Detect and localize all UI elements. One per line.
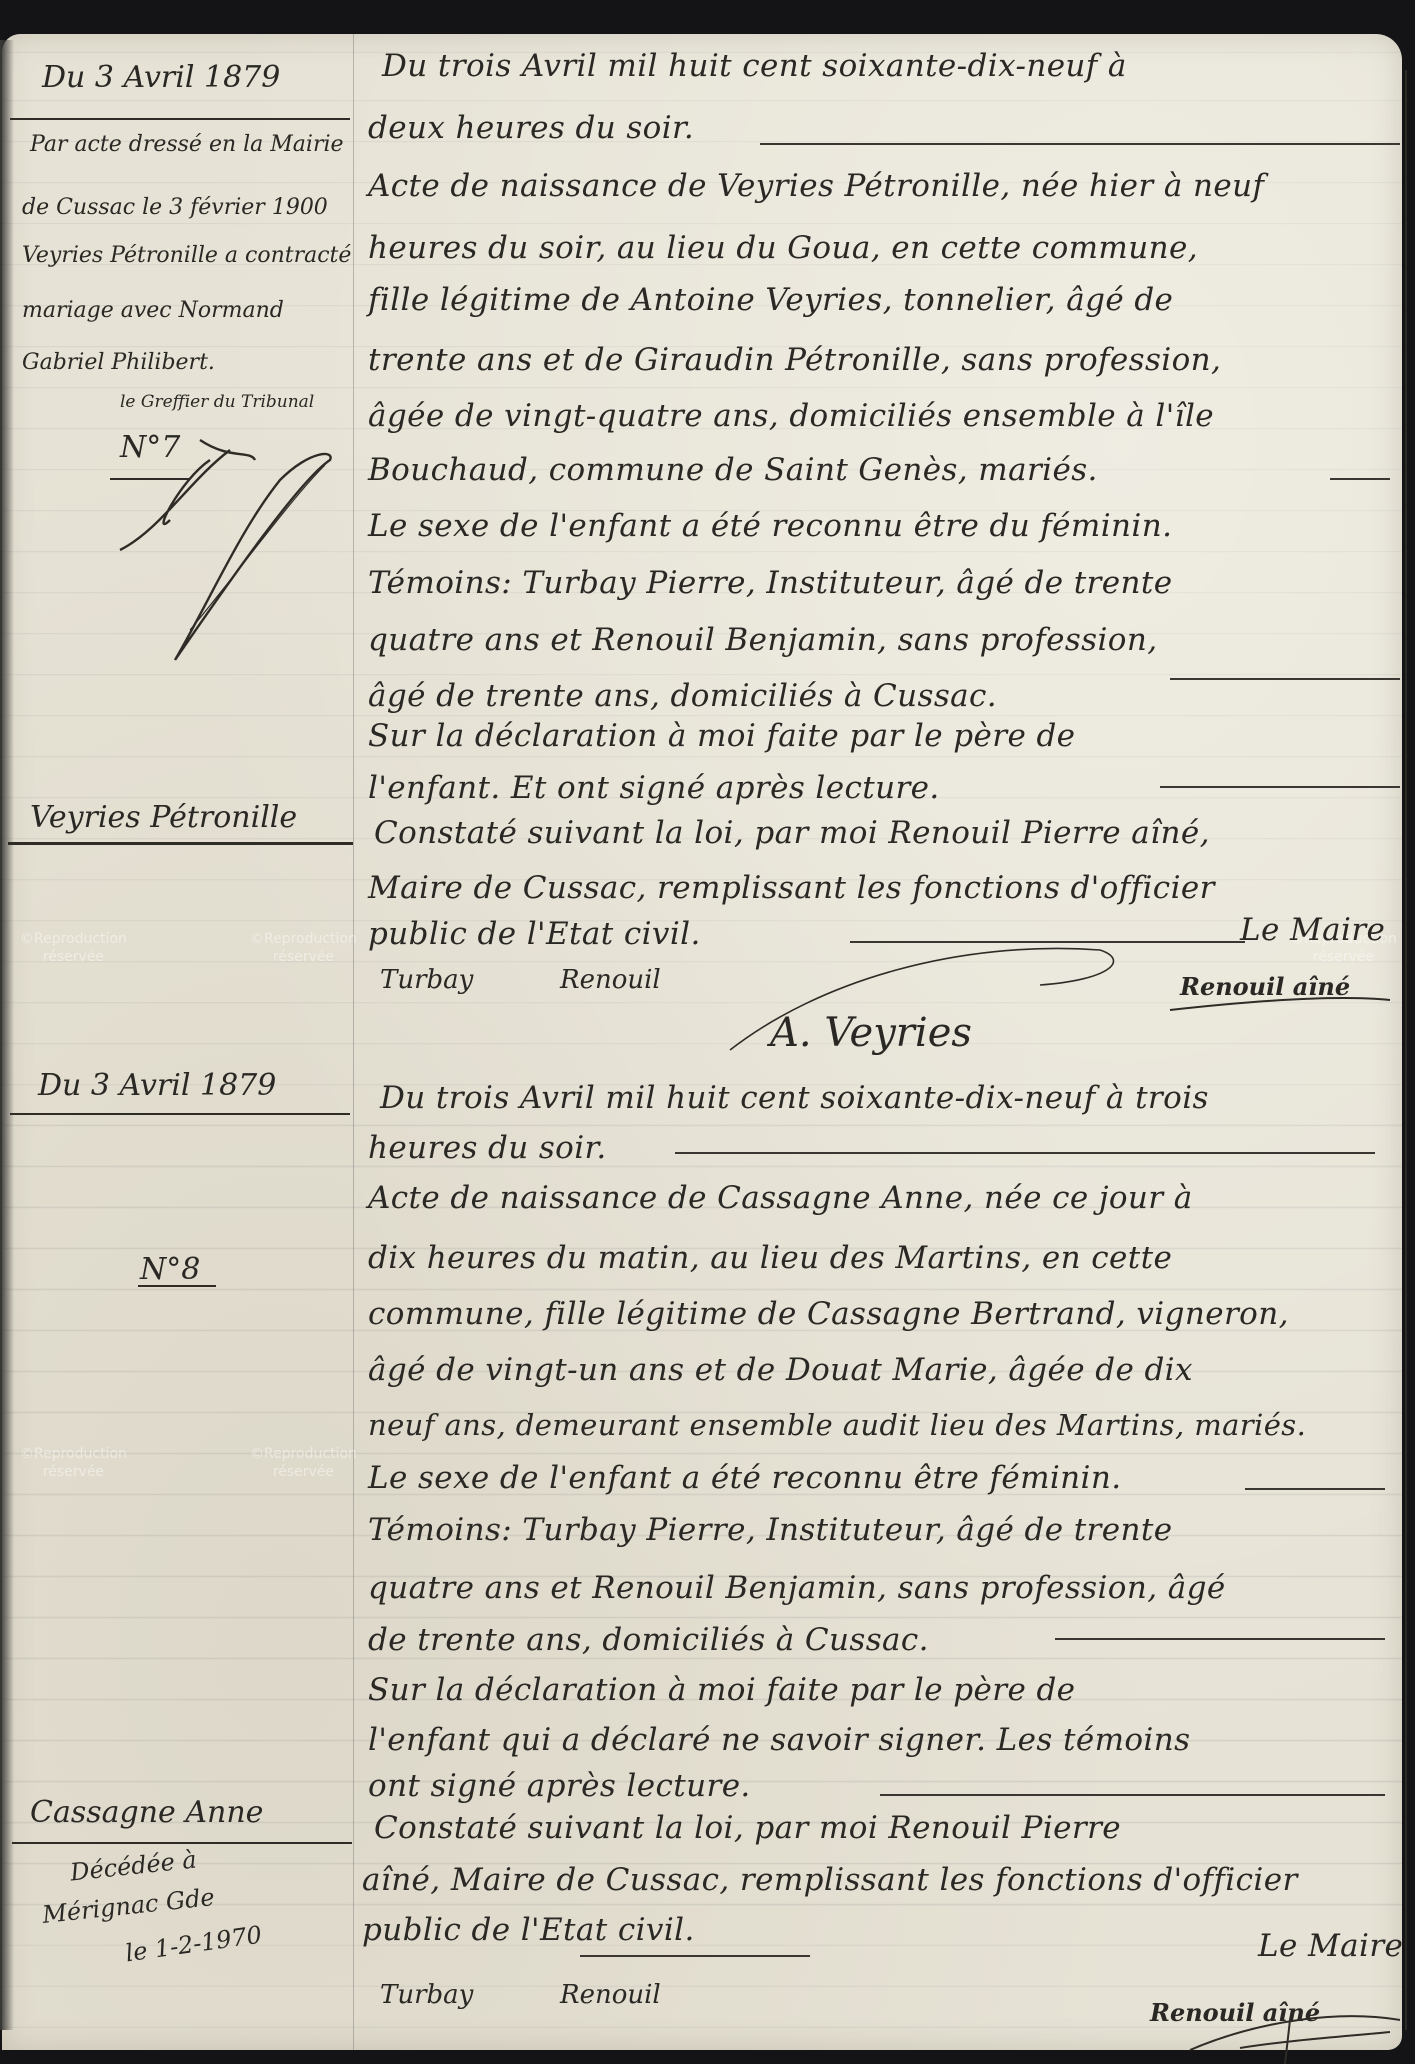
margin-annotation: de Cussac le 3 février 1900: [22, 195, 328, 220]
greffier-signature-flourish: [80, 420, 340, 670]
body-line: ont signé après lecture.: [368, 1768, 751, 1804]
margin-name: Cassagne Anne: [30, 1795, 263, 1830]
binding-shadow: [0, 40, 14, 2030]
body-line: Constaté suivant la loi, par moi Renouil…: [374, 1810, 1121, 1846]
number-underline: [138, 1285, 216, 1287]
margin-annotation: Par acte dressé en la Mairie: [30, 132, 344, 157]
le-maire-label: Le Maire: [1258, 1928, 1403, 1964]
margin-date: Du 3 Avril 1879: [38, 1068, 276, 1103]
fill-line: [1245, 1488, 1385, 1490]
margin-divider: [353, 34, 354, 2050]
body-line: deux heures du soir.: [368, 110, 694, 146]
fill-line: [880, 1794, 1385, 1796]
margin-annotation: Gabriel Philibert.: [22, 350, 215, 375]
body-line: Témoins: Turbay Pierre, Instituteur, âgé…: [368, 565, 1173, 601]
body-line: fille légitime de Antoine Veyries, tonne…: [368, 282, 1173, 318]
body-line: Du trois Avril mil huit cent soixante-di…: [380, 1080, 1209, 1116]
margin-annotation: mariage avec Normand: [22, 298, 284, 323]
body-line: Acte de naissance de Cassagne Anne, née …: [368, 1180, 1193, 1216]
margin-rule-line: [10, 118, 350, 120]
body-line: l'enfant qui a déclaré ne savoir signer.…: [368, 1722, 1190, 1758]
page-edge: [1405, 70, 1407, 2030]
watermark: ©Reproductionréservée: [250, 1445, 357, 1481]
watermark: ©Reproductionréservée: [20, 930, 127, 966]
body-line: Acte de naissance de Veyries Pétronille,…: [368, 168, 1264, 204]
margin-rule-line: [10, 1113, 350, 1115]
body-line: quatre ans et Renouil Benjamin, sans pro…: [368, 622, 1157, 658]
body-line: Témoins: Turbay Pierre, Instituteur, âgé…: [368, 1512, 1173, 1548]
margin-name-underline: [12, 1842, 352, 1844]
fill-line: [675, 1152, 1375, 1154]
body-line: public de l'Etat civil.: [368, 916, 701, 952]
signature-flourish: [1180, 2010, 1410, 2064]
signature-renouil: Renouil: [560, 1980, 661, 2010]
body-line: Sur la déclaration à moi faite par le pè…: [368, 718, 1075, 754]
body-line: Sur la déclaration à moi faite par le pè…: [368, 1672, 1075, 1708]
body-line: heures du soir.: [368, 1130, 607, 1166]
body-line: âgé de vingt-un ans et de Douat Marie, â…: [368, 1352, 1193, 1388]
fill-line: [1160, 786, 1400, 788]
signature-renouil: Renouil: [560, 965, 661, 995]
margin-name: Veyries Pétronille: [30, 800, 297, 835]
fill-line: [1170, 678, 1400, 680]
fill-line: [1055, 1638, 1385, 1640]
body-line: Maire de Cussac, remplissant les fonctio…: [368, 870, 1215, 906]
signature-flourish: [700, 940, 1400, 1060]
margin-date: Du 3 Avril 1879: [42, 60, 280, 95]
margin-name-underline: [8, 842, 353, 845]
body-line: l'enfant. Et ont signé après lecture.: [368, 770, 940, 806]
body-line: Constaté suivant la loi, par moi Renouil…: [374, 815, 1210, 851]
watermark: ©Reproductionréservée: [20, 1445, 127, 1481]
fill-line: [760, 143, 1400, 145]
fill-line: [1330, 478, 1390, 480]
signature-turbay: Turbay: [380, 1980, 473, 2010]
body-line: Du trois Avril mil huit cent soixante-di…: [382, 48, 1127, 84]
body-line: public de l'Etat civil.: [362, 1912, 695, 1948]
entry-number: N°8: [140, 1252, 200, 1287]
body-line: aîné, Maire de Cussac, remplissant les f…: [362, 1862, 1298, 1898]
body-line: neuf ans, demeurant ensemble audit lieu …: [368, 1408, 1306, 1442]
body-line: heures du soir, au lieu du Goua, en cett…: [368, 230, 1198, 266]
fill-line: [580, 1955, 810, 1957]
body-line: quatre ans et Renouil Benjamin, sans pro…: [368, 1570, 1226, 1606]
body-line: Le sexe de l'enfant a été reconnu être d…: [368, 508, 1172, 544]
body-line: Le sexe de l'enfant a été reconnu être f…: [368, 1460, 1121, 1496]
watermark: ©Reproductionréservée: [250, 930, 357, 966]
body-line: commune, fille légitime de Cassagne Bert…: [368, 1296, 1289, 1332]
body-line: trente ans et de Giraudin Pétronille, sa…: [368, 342, 1221, 378]
body-line: de trente ans, domiciliés à Cussac.: [368, 1622, 929, 1658]
body-line: âgée de vingt-quatre ans, domiciliés ens…: [368, 398, 1214, 434]
body-line: âgé de trente ans, domiciliés à Cussac.: [368, 678, 997, 714]
body-line: dix heures du matin, au lieu des Martins…: [368, 1240, 1172, 1276]
margin-annotation: Veyries Pétronille a contracté: [22, 243, 351, 268]
body-line: Bouchaud, commune de Saint Genès, mariés…: [368, 452, 1098, 488]
signature-turbay: Turbay: [380, 965, 473, 995]
margin-annotation: le Greffier du Tribunal: [120, 392, 314, 412]
